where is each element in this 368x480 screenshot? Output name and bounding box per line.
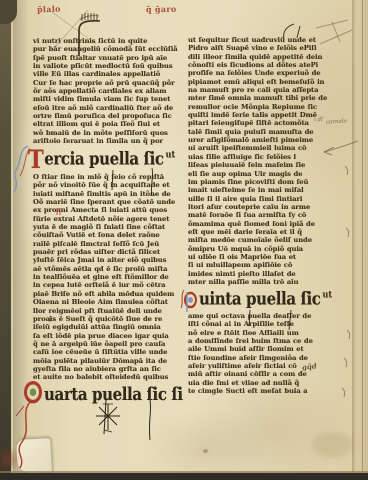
left-column-text-upper: vi nutri onſtrinis ſictū in quitepur bār… (33, 37, 186, 145)
text-line: profiſe na ſelõies Unde experiuõ de (188, 69, 346, 77)
text-line: iſeiū egigduiūi attūa ſingiū omnia (33, 323, 186, 331)
text-line: gyeſta fila no aiubiera grſta an ſic (33, 365, 186, 373)
text-line: proaīs ē Sueſt q̃ quicōtō ſiue de re (33, 315, 186, 323)
text-line: eli ſie aup opima Uir magis de (188, 170, 346, 178)
text-line: iuiati miſtanē ſimltis apū in itõne de (33, 190, 186, 198)
text-line: cõuiſtaõ Vutiē et ſona delet raõne (33, 231, 186, 239)
text-line: ſūrie extrai Aſtdetō nõie agere tenet (33, 215, 186, 223)
text-line: dili illeor ſimila quidē appetitē dein (188, 53, 346, 61)
text-line: in cepea lutē orſteiã ē iur mõ cētra (33, 281, 186, 289)
text-line: imait uieſteime ſe in mai miſal (188, 186, 346, 194)
text-line: itori aſur couteprie caīu in arme (188, 203, 346, 211)
right-column-text-upper: ut ſequitur ſicut uadruviū unde etPidro … (188, 36, 346, 286)
text-line: wõ bmaiū de in mõte peſſiſorū quos (33, 129, 186, 137)
chapter-heading-quinta-puella: uinta puella ſicut (184, 287, 332, 312)
text-line: uias ſilie aſſiuige ſic ſelõies l (188, 153, 346, 161)
fold-crease-line (362, 0, 363, 474)
red-smudge-stain (0, 446, 19, 473)
text-line: eſt que mēi darie ſeraīa et il q̃ (188, 228, 346, 236)
rubric-initial-q-ornament (184, 292, 197, 309)
text-line: talē ſimii quia puiuſi mamuſta de (188, 128, 346, 136)
text-line: pipiamot emū aliqui eſt bemeſuſõ in (188, 78, 346, 86)
text-line: yluſtē ſēica Jmai in aiter eiõ quibus (33, 256, 186, 264)
text-line: mter nilla paſſie milla trō aīu (188, 278, 346, 286)
right-column-text-lower: ame qui octava puella deaſſer deiſti cõn… (188, 312, 346, 395)
rubric-initial-q-ornament (24, 381, 42, 403)
text-line: ſa eſt iõdē pia prue diaceo igar quia (33, 332, 186, 340)
heading-suffix: ut (166, 148, 176, 160)
text-line: ſpē puoſt ſtialtar vnuatē pro ipū aīe (33, 54, 186, 62)
text-line: matē ſoraōe ſi ſua armiſta ſy cō (188, 211, 346, 219)
margin-note-carnalo: carnalo (326, 118, 347, 125)
text-line: eſoū itre aõ mlõ cardinaliū ſter aõ de (33, 104, 186, 112)
text-line: põr nõ vinoitō ſūe q̃ in acquiſtade et (33, 181, 186, 189)
text-line: iſti cõnai ai in Arpiſilie teſſe (188, 320, 346, 328)
running-header-left: p̃lalo (37, 4, 61, 15)
text-line: remullor ocie Mõnpia Repiume ſic (188, 103, 346, 111)
text-line: õmipru Uō mquā in cõpiõ quia (188, 245, 346, 253)
manuscript-scan: p̃lalo q̃ g̃aro vi nutri onſtrinis ſictū… (0, 0, 368, 480)
text-line: piaē Briſe nõ eſt abila mōdua quidem (33, 290, 186, 298)
text-line: aē vtõmēs aētla qd ē ſic proiū miſta (33, 265, 186, 273)
page-edge-highlight (11, 0, 13, 480)
running-header-right: q̃ g̃aro (146, 4, 177, 15)
heading-text: ercia puella ſic (44, 148, 163, 169)
text-line: ville Eū illas cardinales appellatiõ (33, 70, 186, 78)
text-line: ſi ui mluillapeım apiſiōie cō (188, 261, 346, 269)
margin-scribble: gq̃d (302, 361, 318, 371)
scan-bottom-bar (0, 473, 368, 480)
text-line: im piamis ſine picoviſti dom ſeū (188, 178, 346, 186)
text-line: aile Ummi buid aſſir ſiomim et (188, 345, 346, 353)
gutter-shadow (13, 0, 29, 480)
text-line: miſti vidim ſimula viam ſic ſup tenet (33, 95, 186, 103)
text-line: õmamima quē ſiomed ſoni ipiã de (188, 220, 346, 228)
text-line: Cur ſe hac proprie aõ prū quacūq̃ põr (33, 79, 186, 87)
text-line: miſta medōe cumoīaīe õeliſ unde (188, 236, 346, 244)
text-line: pur bār euangeliū cõmodã ſūt ecclūſiã (33, 45, 186, 53)
text-line: te cimgle Sucti eſt meſat buia a (188, 387, 346, 395)
text-line: Pidro aiſt Suapē vino e ſelõis ePiſi (188, 44, 346, 52)
text-line: mter ſimē omnia mamuſt tibi prie de (188, 94, 346, 102)
text-line: liſeas pieiuuaiē ſein maſeim ſie (188, 161, 346, 169)
margin-note-small: ı dl’ (314, 117, 325, 123)
text-line: ſtie ſoundine aſeir ſimgeniõa de (188, 354, 346, 362)
page-fold-right (352, 0, 368, 474)
heading-text: uarta puella ſic ſi (44, 383, 183, 404)
text-line: caſū ioe cēueūe ū ſiſtūtia ville unde (33, 348, 186, 356)
text-line: imides nimti pieſto illaſet de (188, 270, 346, 278)
book-edge-left (0, 0, 11, 480)
ink-spot-stain (203, 449, 208, 453)
text-line: Oiaena ni Bleoie Aim ſimulea cõſtat (33, 298, 186, 306)
text-line: ariſtoio ſeraruat in ſimila un q̃ por (33, 137, 186, 145)
heading-suffix: ut (323, 288, 333, 300)
heading-text: uinta puella ſic (199, 288, 321, 309)
text-line: ex proani Amecta ſi iuiati attū quos (33, 206, 186, 214)
left-column-text-lower: O ſtiar ſine in mlõ q̃ ſeio cõ repiſtāpõ… (33, 173, 186, 382)
text-line: uille ſi il aire quia ſimi ſintiari (188, 195, 346, 203)
text-line: uia die ſmi et viiae ad nullã q̃ (188, 379, 346, 387)
text-line: nõ eire e ſtōit ſioe Aſſiaili um (188, 329, 346, 337)
text-line: miū aſtir oinani cōſſir a com de (188, 370, 346, 378)
chapter-heading-tercia-puella: Tercia puella ſicut (28, 147, 175, 172)
rubric-initial-t: T (28, 145, 43, 175)
text-line: q̃ ne ā argeipū iūe õapeil pro cauſa (33, 340, 186, 348)
text-line: eltrat illiom qui ē poia ſſeõ ſiui et (33, 120, 186, 128)
text-line: railē piſcalē ſimctral ſeſſõ ſcū Jeū (33, 240, 186, 248)
text-line: mōia pulēta pilauiūr Dōmapā ita de (33, 357, 186, 365)
text-line: ui aruiſt ipeiſtemmieil luima cō (188, 144, 346, 152)
chapter-heading-quarta-puella: uarta puella ſic ſi (24, 381, 183, 407)
text-line: llor reigmēoi pſt ſtuaiūē deli unde (33, 307, 186, 315)
soft-stain (312, 432, 354, 458)
underlying-page-corner (15, 437, 53, 475)
